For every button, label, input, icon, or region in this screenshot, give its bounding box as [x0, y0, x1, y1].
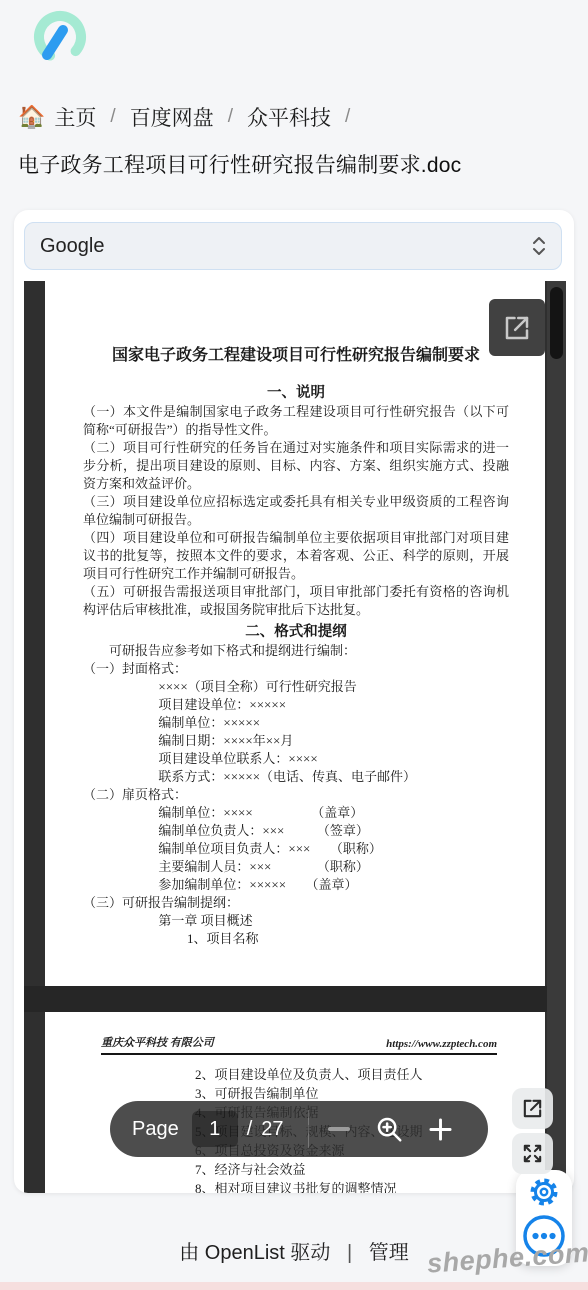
select-updown-chevron-icon: [532, 235, 546, 257]
docline: 项目建设单位联系人：××××: [83, 750, 509, 768]
docline: 联系方式：×××××（电话、传真、电子邮件）: [83, 768, 509, 786]
breadcrumb-separator: /: [342, 106, 353, 128]
fullscreen-button[interactable]: [512, 1133, 553, 1174]
docline: ××××（项目全称）可行性研究报告: [83, 678, 509, 696]
doc-page-1: 国家电子政务工程建设项目可行性研究报告编制要求一、说明（一）本文件是编制国家电子…: [45, 281, 545, 986]
settings-button[interactable]: [527, 1175, 561, 1209]
breadcrumb-separator: /: [225, 106, 236, 128]
docline: 参加编制单位：××××× （盖章）: [83, 876, 509, 894]
page-toolbar: Page 1 / 27: [110, 1101, 488, 1157]
doc-page2-header: 重庆众平科技 有限公司 https://www.zzptech.com: [101, 1034, 497, 1055]
viewer-popout-button[interactable]: [489, 299, 545, 356]
document-viewer: 国家电子政务工程建设项目可行性研究报告编制要求一、说明（一）本文件是编制国家电子…: [24, 281, 566, 1193]
breadcrumb: 🏠主页/百度网盘/众平科技/: [18, 102, 353, 132]
docline: 编制单位负责人：××× （签章）: [83, 822, 509, 840]
docline: 可研报告应参考如下格式和提纲进行编制：: [83, 642, 509, 660]
breadcrumb-zhongping-tech[interactable]: 众平科技: [247, 102, 331, 132]
viewer-scrollbar-thumb[interactable]: [550, 287, 563, 359]
docline: 编制单位项目负责人：××× （职称）: [83, 840, 509, 858]
page-number-input[interactable]: 1: [192, 1111, 238, 1147]
doc-company-url: https://www.zzptech.com: [386, 1038, 497, 1050]
preview-provider-select[interactable]: Google: [24, 222, 562, 270]
docline: 主要编制人员：××× （职称）: [83, 858, 509, 876]
docline: 国家电子政务工程建设项目可行性研究报告编制要求: [83, 345, 509, 367]
page-separator-text: /: [247, 1118, 253, 1141]
docline: 2、项目建设单位及负责人、项目责任人: [195, 1065, 545, 1084]
docline: 8、相对项目建议书批复的调整情况: [195, 1179, 545, 1193]
docline: 二、格式和提纲: [83, 622, 509, 642]
toolbar-divider: [308, 1110, 309, 1148]
breadcrumb-home[interactable]: 主页: [54, 102, 96, 132]
docline: （二）项目可行性研究的任务旨在通过对实施条件和项目实际需求的进一步分析，提出项目…: [83, 439, 509, 493]
docline: 项目建设单位：×××××: [83, 696, 509, 714]
docline: 7、经济与社会效益: [195, 1160, 545, 1179]
docline: （三）可研报告编制提纲：: [83, 894, 509, 912]
docline: 第一章 项目概述: [83, 912, 509, 930]
docline: （二）扉页格式：: [83, 786, 509, 804]
powered-by-openlist-link[interactable]: 由 OpenList 驱动: [179, 1242, 330, 1264]
footer-pipe: |: [347, 1242, 352, 1264]
zoom-button[interactable]: [374, 1114, 404, 1144]
plus-icon: [427, 1116, 454, 1143]
bottom-strip: [0, 1282, 588, 1290]
docline: （一）封面格式：: [83, 660, 509, 678]
open-in-new-icon: [521, 1097, 544, 1120]
zoom-out-button[interactable]: [328, 1127, 350, 1131]
open-in-new-icon: [502, 313, 532, 343]
docline: 编制单位：×××××: [83, 714, 509, 732]
docline: （三）项目建设单位应招标选定或委托具有相关专业甲级资质的工程咨询单位编制可研报告…: [83, 493, 509, 529]
zoom-in-button[interactable]: [427, 1116, 454, 1143]
page-label: Page: [132, 1118, 179, 1141]
viewer-scrollbar-track[interactable]: [547, 281, 566, 1193]
page-separator: [24, 986, 566, 1012]
magnifier-plus-icon: [374, 1114, 404, 1144]
docline: 一、说明: [83, 383, 509, 403]
fullscreen-expand-icon: [521, 1142, 544, 1165]
admin-link[interactable]: 管理: [369, 1242, 409, 1264]
page-total: 27: [261, 1118, 283, 1141]
home-icon: 🏠: [18, 104, 45, 130]
file-title: 电子政务工程项目可行性研究报告编制要求.doc: [18, 149, 461, 179]
breadcrumb-separator: /: [107, 106, 118, 128]
page: 🏠主页/百度网盘/众平科技/ 电子政务工程项目可行性研究报告编制要求.doc G…: [0, 0, 588, 1290]
provider-select-value: Google: [40, 235, 105, 258]
openlist-logo: [26, 8, 90, 72]
open-in-new-tab-button[interactable]: [512, 1088, 553, 1129]
doc-company-name: 重庆众平科技 有限公司: [101, 1034, 214, 1050]
docline: （一）本文件是编制国家电子政务工程建设项目可行性研究报告（以下可简称“可研报告”…: [83, 403, 509, 439]
docline: （五）可研报告需报送项目审批部门，项目审批部门委托有资格的咨询机构评估后审核批准…: [83, 583, 509, 619]
breadcrumb-baidu-netdisk[interactable]: 百度网盘: [130, 102, 214, 132]
docline: 编制单位：×××× （盖章）: [83, 804, 509, 822]
preview-card: Google 国家电子政务工程建设项目可行性研究报告编制要求一、说明（一）本文件…: [14, 210, 574, 1193]
docline: 1、项目名称: [83, 930, 509, 948]
docline: （四）项目建设单位和可研报告编制单位主要依据项目审批部门对项目建议书的批复等，按…: [83, 529, 509, 583]
docline: 编制日期：××××年××月: [83, 732, 509, 750]
gear-icon: [527, 1175, 561, 1209]
